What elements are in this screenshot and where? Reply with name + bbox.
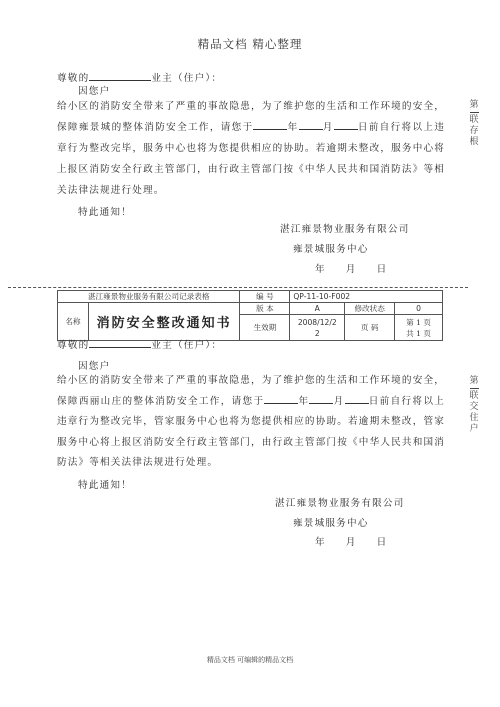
page-label: 页 码 <box>345 315 395 341</box>
deadline-year-blank[interactable] <box>264 394 298 404</box>
tear-line <box>8 287 468 288</box>
deadline-year-blank[interactable] <box>253 120 287 130</box>
deadline-day-blank[interactable] <box>345 394 369 404</box>
side-label-bottom: 联交住户 <box>469 391 479 435</box>
effective-label: 生效期 <box>240 315 290 341</box>
month-label: 月 <box>323 122 334 133</box>
date-day: 日 <box>377 264 388 275</box>
closing-copy2: 特此通知！ <box>78 477 132 491</box>
version-label: 版 本 <box>240 303 290 315</box>
notice-paragraph-copy2: 给小区的消防安全带来了严重的事故隐患，为了维护您的生活和工作环境的安全，保障西丽… <box>57 371 445 474</box>
year-label: 年 <box>298 396 309 407</box>
form-title: 消防安全整改通知书 <box>88 303 240 341</box>
company-name-copy2: 湛江雍景物业服务有限公司 <box>275 495 405 509</box>
signature-date-copy2: 年月日 <box>315 534 387 548</box>
month-label: 月 <box>333 396 344 407</box>
page-value: 第 1 页 共 1 页 <box>395 315 443 341</box>
page-header: 精品文档 精心整理 <box>0 36 500 52</box>
version-value: A <box>290 303 345 315</box>
stub-side-label: 第 联存根 <box>468 100 480 148</box>
revision-label: 修改状态 <box>345 303 395 315</box>
effective-value: 2008/12/2 2 <box>290 315 345 341</box>
effective-value-line2: 2 <box>315 329 320 338</box>
service-center-copy2: 雍景城服务中心 <box>293 515 369 529</box>
side-label-top: 第 <box>469 100 478 110</box>
closing: 特此通知！ <box>78 204 132 218</box>
side-label-dash <box>470 388 479 389</box>
date-month: 月 <box>346 537 357 548</box>
form-header-table: 湛江雍景物业服务有限公司记录表格 编 号 QP-11-10-F002 名称 消防… <box>57 290 443 341</box>
company-name: 湛江雍景物业服务有限公司 <box>280 221 410 235</box>
signature-date: 年月日 <box>315 261 387 275</box>
date-year: 年 <box>315 264 326 275</box>
number-value: QP-11-10-F002 <box>290 291 443 303</box>
deadline-day-blank[interactable] <box>334 120 358 130</box>
salutation-suffix: 业主（住户）： <box>151 73 222 84</box>
effective-value-line1: 2008/12/2 <box>298 318 337 327</box>
date-day: 日 <box>377 537 388 548</box>
salutation-prefix: 尊敬的 <box>57 340 89 351</box>
notice-paragraph: 给小区的消防安全带来了严重的事故隐患，为了维护您的生活和工作环境的安全，保障雍景… <box>57 96 445 201</box>
salutation-copy2: 尊敬的业主（住户）： <box>57 337 222 351</box>
page-total: 共 1 页 <box>406 329 431 338</box>
salutation: 尊敬的业主（住户）： <box>57 70 222 84</box>
number-label: 编 号 <box>240 291 290 303</box>
resident-side-label: 第 联交住户 <box>468 376 480 435</box>
side-label-dash <box>470 112 479 113</box>
salutation-suffix: 业主（住户）： <box>151 340 222 351</box>
paragraph-text-2: 日前自行将以上违章行为整改完毕，服务中心也将为您提供相应的协助。若逾期未整改，服… <box>57 122 445 196</box>
revision-value: 0 <box>395 303 443 315</box>
owner-name-blank[interactable] <box>89 71 151 81</box>
year-label: 年 <box>287 122 298 133</box>
name-label: 名称 <box>58 303 89 341</box>
service-center: 雍景城服务中心 <box>293 241 369 255</box>
owner-name-blank[interactable] <box>89 338 151 348</box>
date-year: 年 <box>315 537 326 548</box>
side-label-top: 第 <box>469 376 478 386</box>
company-record-cell: 湛江雍景物业服务有限公司记录表格 <box>58 291 240 303</box>
deadline-month-blank[interactable] <box>309 394 333 404</box>
side-label-bottom: 联存根 <box>469 115 479 148</box>
reason-line: 因您户 <box>78 83 110 97</box>
date-month: 月 <box>346 264 357 275</box>
page-footer: 精品文档 可编辑的精品文档 <box>0 655 500 665</box>
deadline-month-blank[interactable] <box>299 120 323 130</box>
page-current: 第 1 页 <box>406 318 431 327</box>
reason-line-copy2: 因您户 <box>78 358 110 372</box>
